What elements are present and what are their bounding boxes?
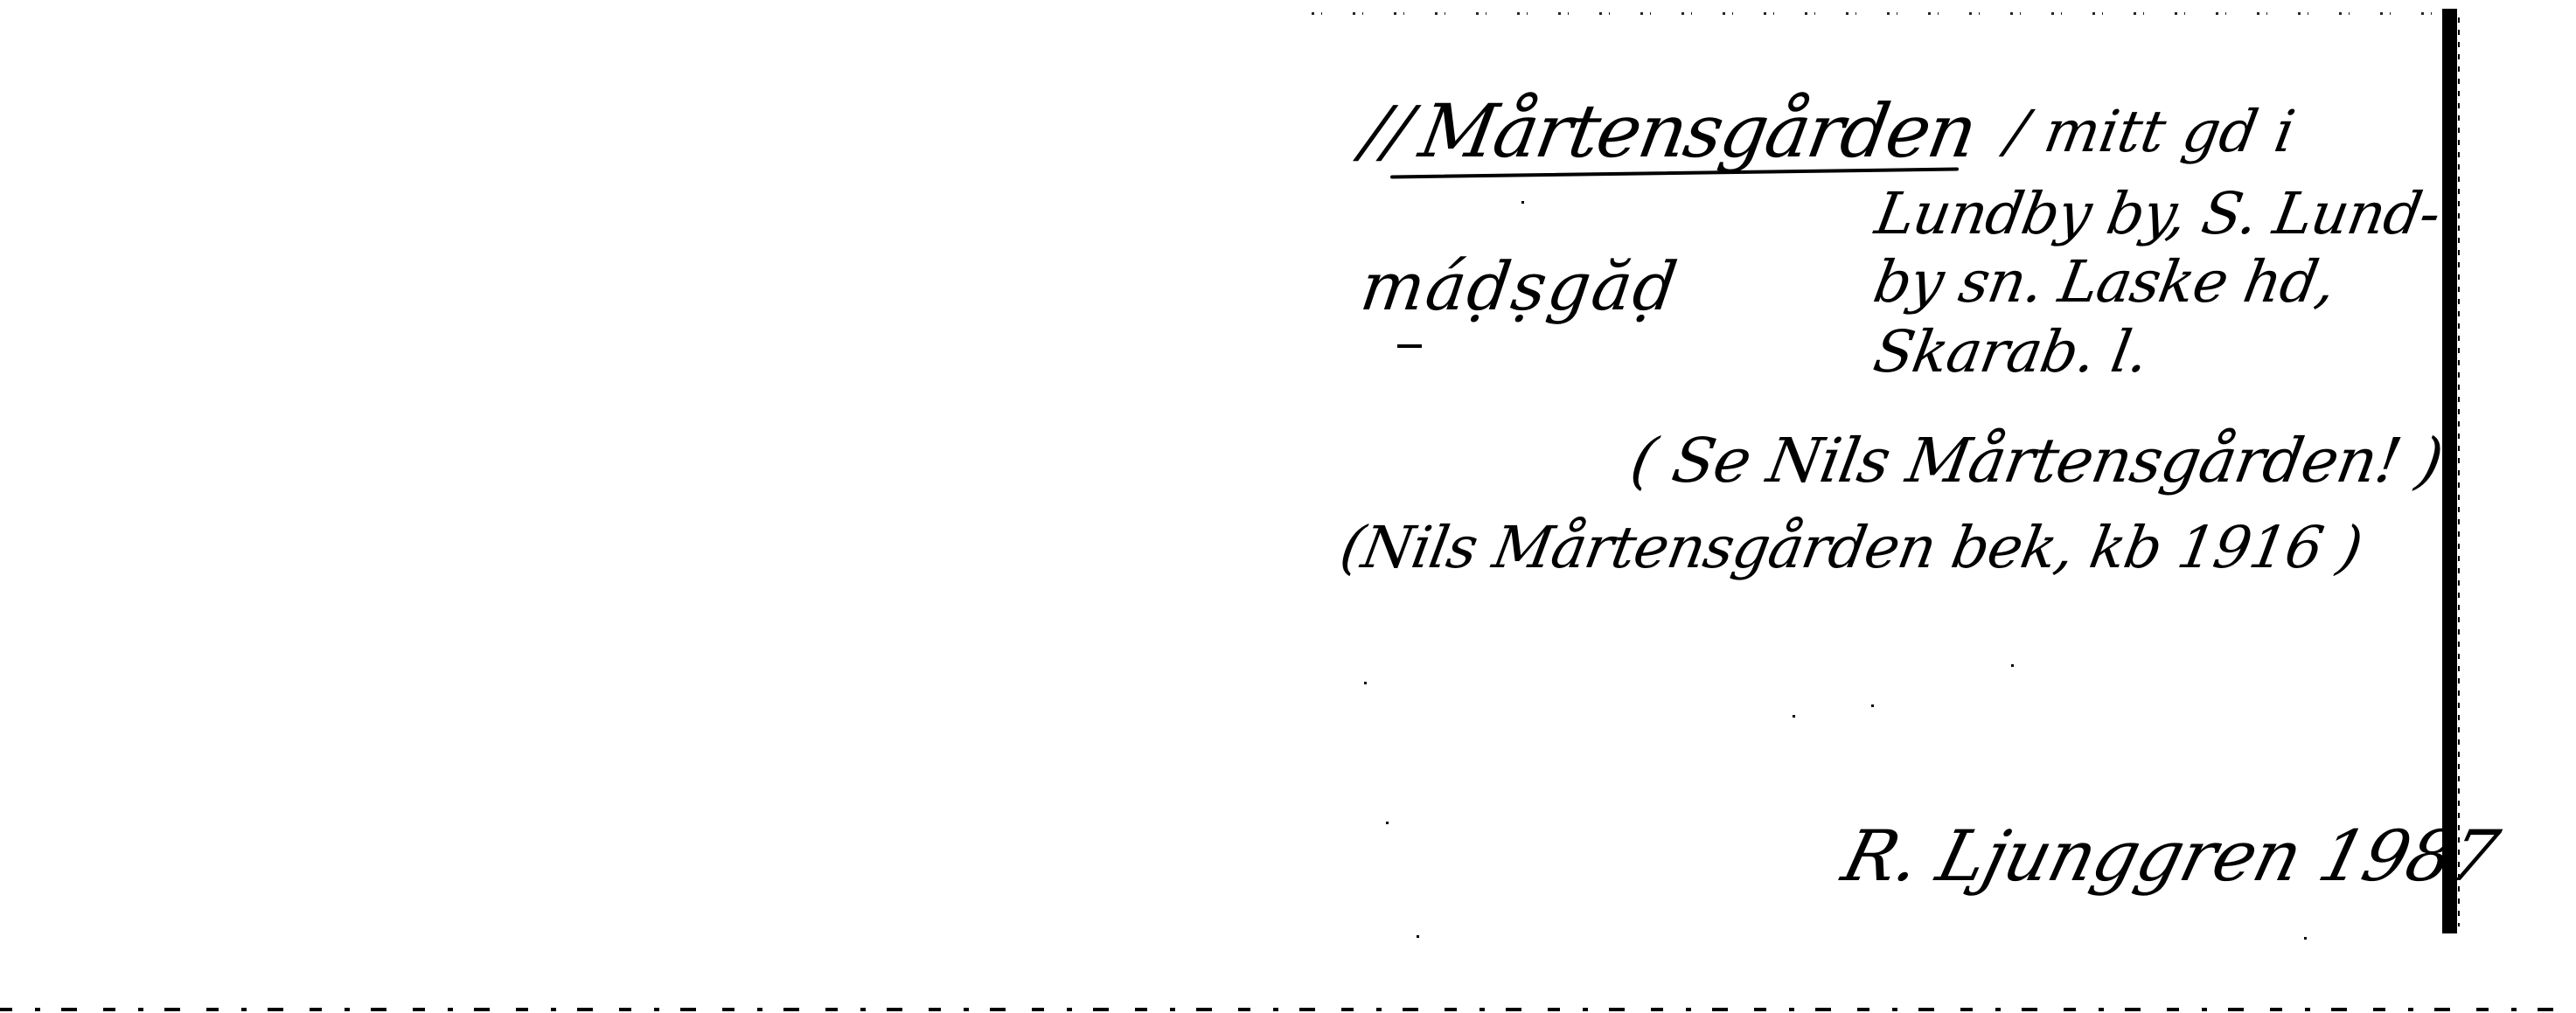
phonetic-length-mark <box>1397 344 1422 348</box>
phonetic-transcription: máḍṣgăḍ <box>1357 253 1682 320</box>
scanned-archive-card: // Mårtensgården / mitt gd i Lundby by, … <box>0 0 2576 1013</box>
location-line-1: Lundby by, S. Lund- <box>1871 185 2444 243</box>
scan-speck <box>1871 704 1874 707</box>
reference-note: / mitt gd i <box>2002 103 2299 161</box>
title-marks: // <box>1357 98 1417 166</box>
scan-speck <box>1364 682 1367 684</box>
card-edge-bar <box>2442 9 2457 933</box>
place-name-title: Mårtensgården <box>1415 94 1981 168</box>
scan-edge-top-noise <box>1312 12 2448 15</box>
scan-speck <box>1793 715 1795 718</box>
scan-speck <box>1521 201 1524 204</box>
card-edge-bar-noise <box>2458 17 2460 926</box>
see-also-note: ( Se Nils Mårtensgården! ) <box>1626 430 2447 491</box>
scan-edge-bottom-noise <box>0 1008 2576 1011</box>
location-line-3: Skarab. l. <box>1869 323 2152 381</box>
location-line-2: by sn. Laske hd, <box>1869 253 2339 311</box>
scan-speck <box>1417 935 1419 938</box>
scan-speck <box>2304 937 2307 940</box>
reported-note: (Nils Mårtensgården bek, kb 1916 ) <box>1336 519 2366 577</box>
scan-speck <box>2011 664 2014 667</box>
scan-speck <box>1386 822 1389 824</box>
collector-signature: R. Ljunggren 1987 <box>1836 822 2504 892</box>
